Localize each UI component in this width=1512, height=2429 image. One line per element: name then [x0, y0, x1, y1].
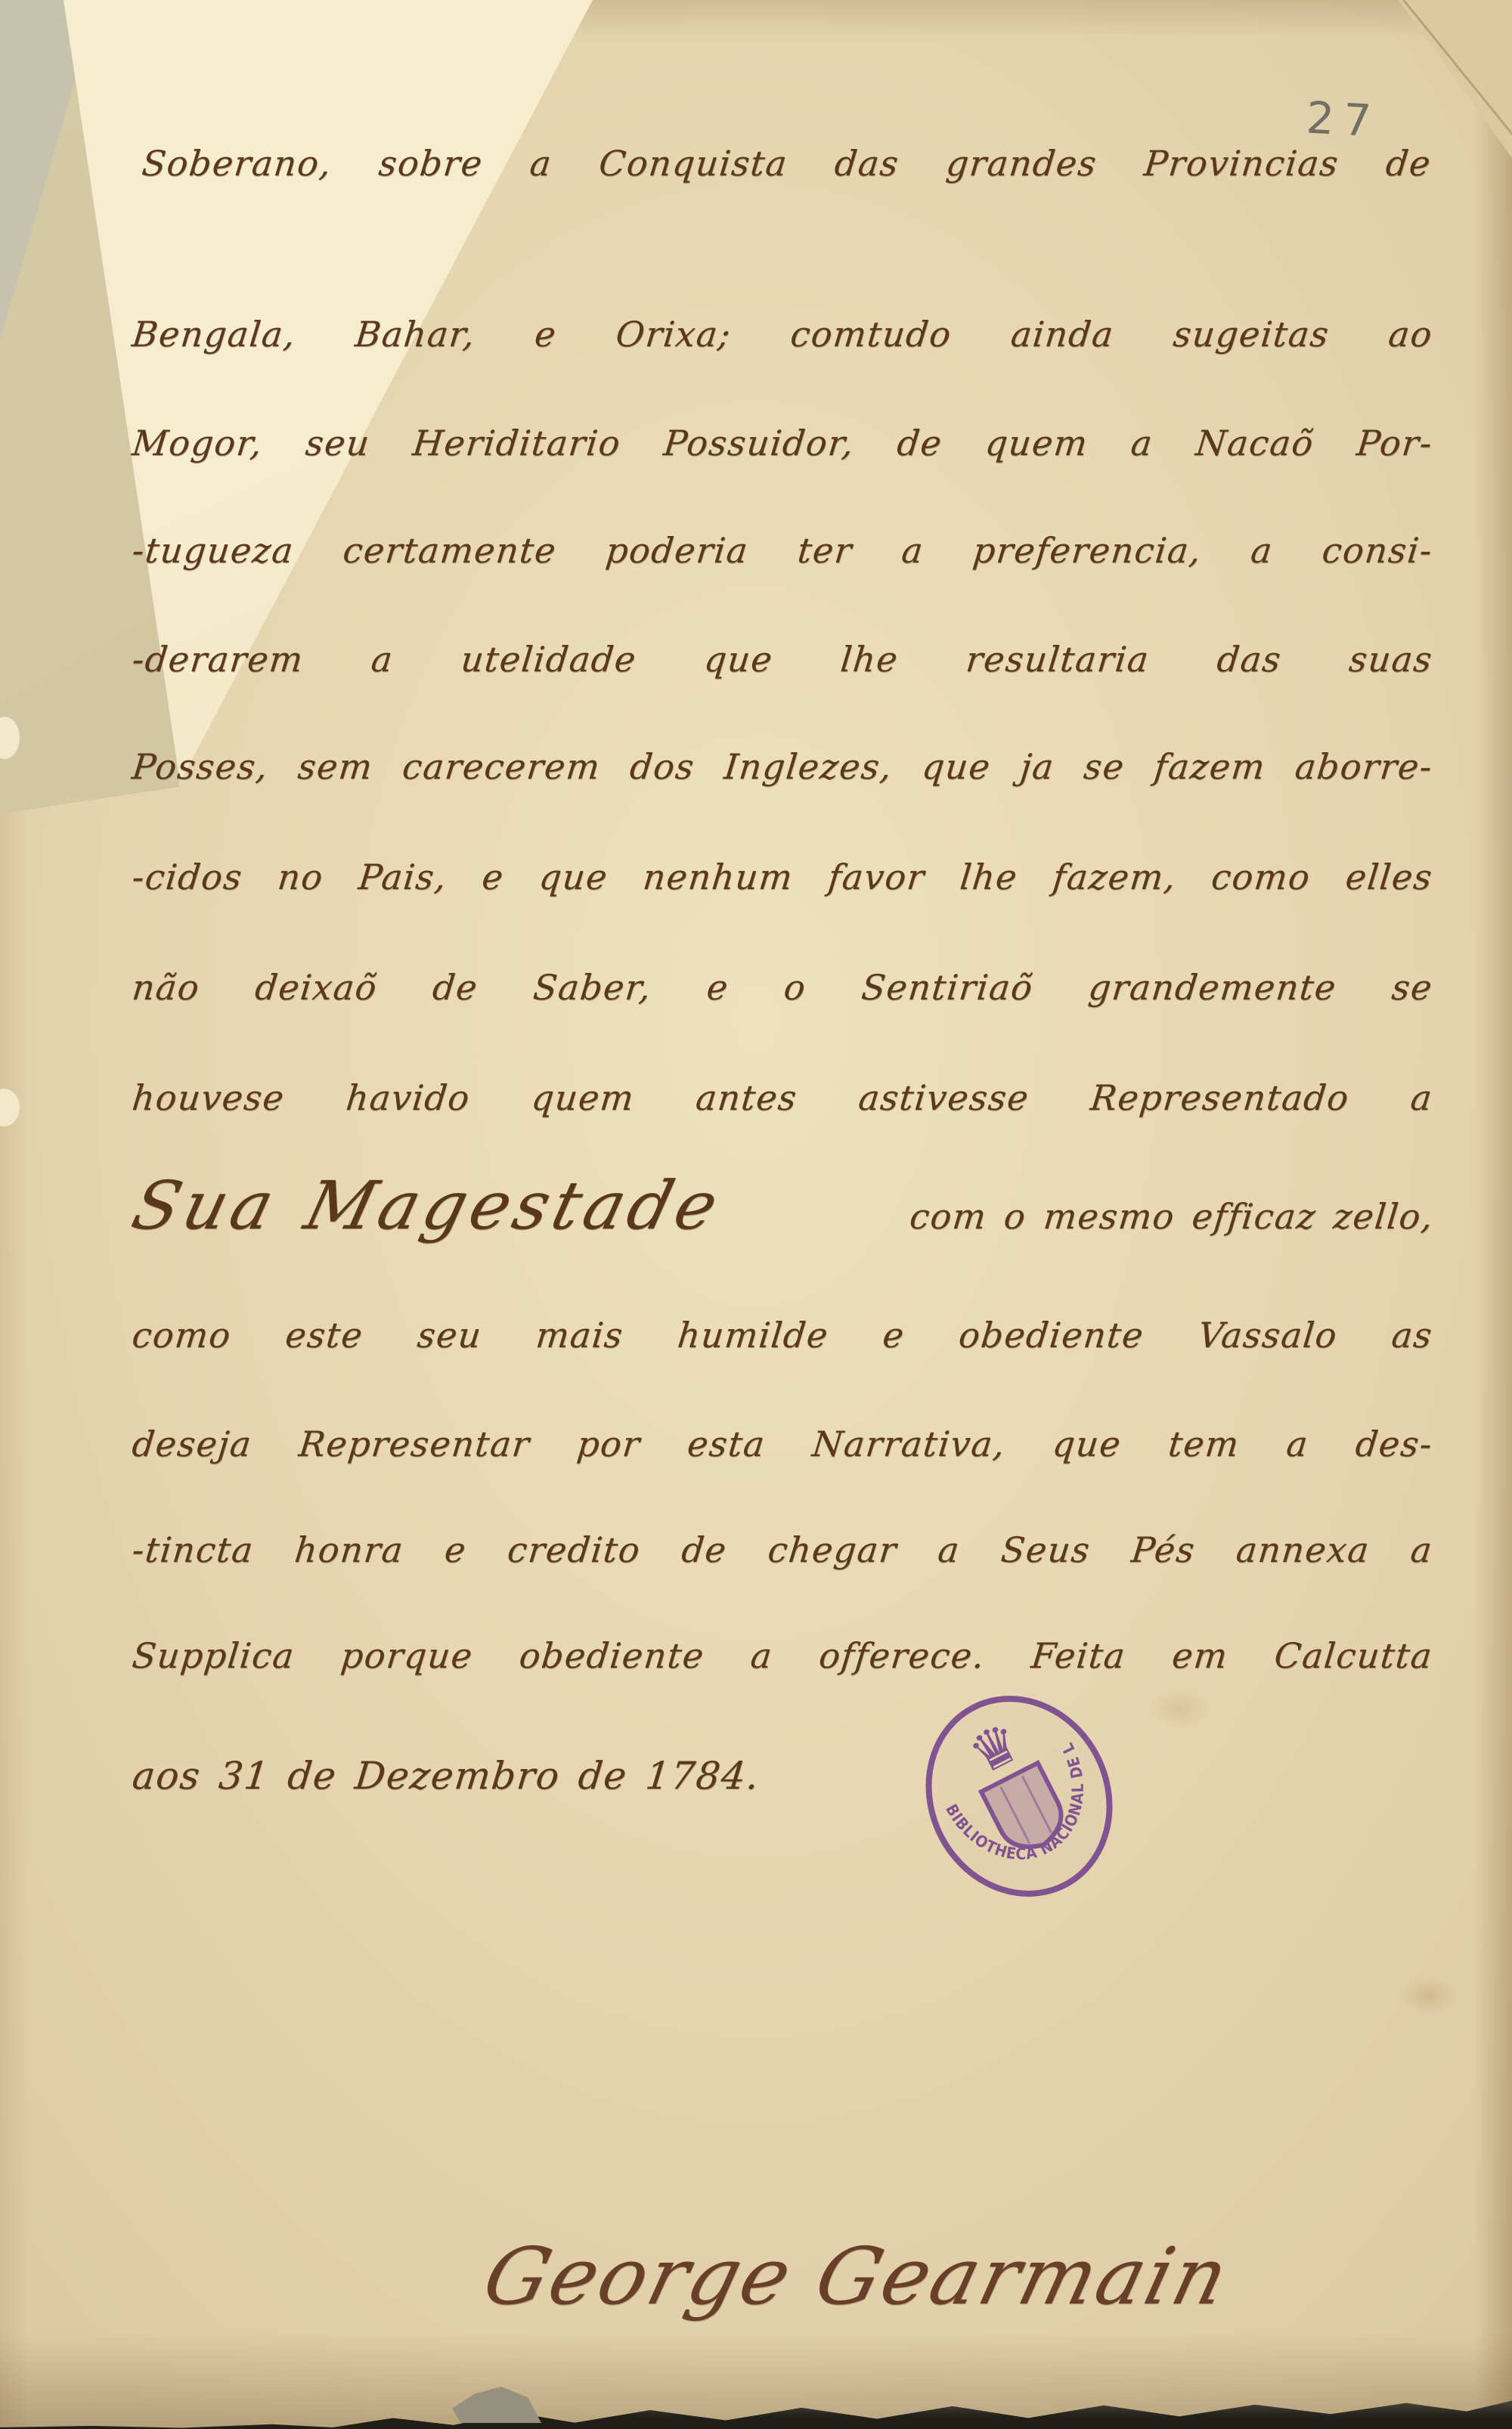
manuscript-line: como este seu mais humilde e obediente V… — [130, 1314, 1435, 1358]
manuscript-text: Soberano, sobre a Conquista das grandes … — [0, 0, 1512, 2429]
signature: George Gearmain — [475, 2230, 1239, 2322]
manuscript-line: -cidos no Pais, e que nenhum favor lhe f… — [130, 856, 1435, 900]
royal-reference-emphasis: Sua Magestade — [124, 1164, 730, 1247]
manuscript-line-royal: Sua Magestade com o mesmo efficaz zello, — [130, 1164, 1439, 1247]
manuscript-line: Posses, sem carecerem dos Inglezes, que … — [130, 745, 1435, 789]
manuscript-line: Bengala, Bahar, e Orixa; comtudo ainda s… — [130, 313, 1435, 357]
manuscript-line: aos 31 de Dezembro de 1784. — [130, 1752, 762, 1800]
manuscript-line: não deixaõ de Saber, e o Sentiriaõ grand… — [130, 966, 1435, 1010]
manuscript-line: Soberano, sobre a Conquista das grandes … — [140, 142, 1433, 186]
manuscript-line: -derarem a utelidade que lhe resultaria … — [130, 638, 1435, 682]
manuscript-line: -tugueza certamente poderia ter a prefer… — [130, 529, 1435, 573]
manuscript-line: Mogor, seu Heriditario Possuidor, de que… — [130, 422, 1435, 466]
manuscript-page: 27 Soberano, sobre a Conquista das grand… — [0, 0, 1512, 2429]
manuscript-line: deseja Representar por esta Narrativa, q… — [130, 1423, 1435, 1467]
manuscript-line: -tincta honra e credito de chegar a Seus… — [130, 1529, 1435, 1572]
manuscript-line: houvese havido quem antes astivesse Repr… — [130, 1077, 1435, 1120]
manuscript-line-tail: com o mesmo efficaz zello, — [908, 1195, 1436, 1239]
manuscript-line: Supplica porque obediente a offerece. Fe… — [130, 1634, 1435, 1678]
